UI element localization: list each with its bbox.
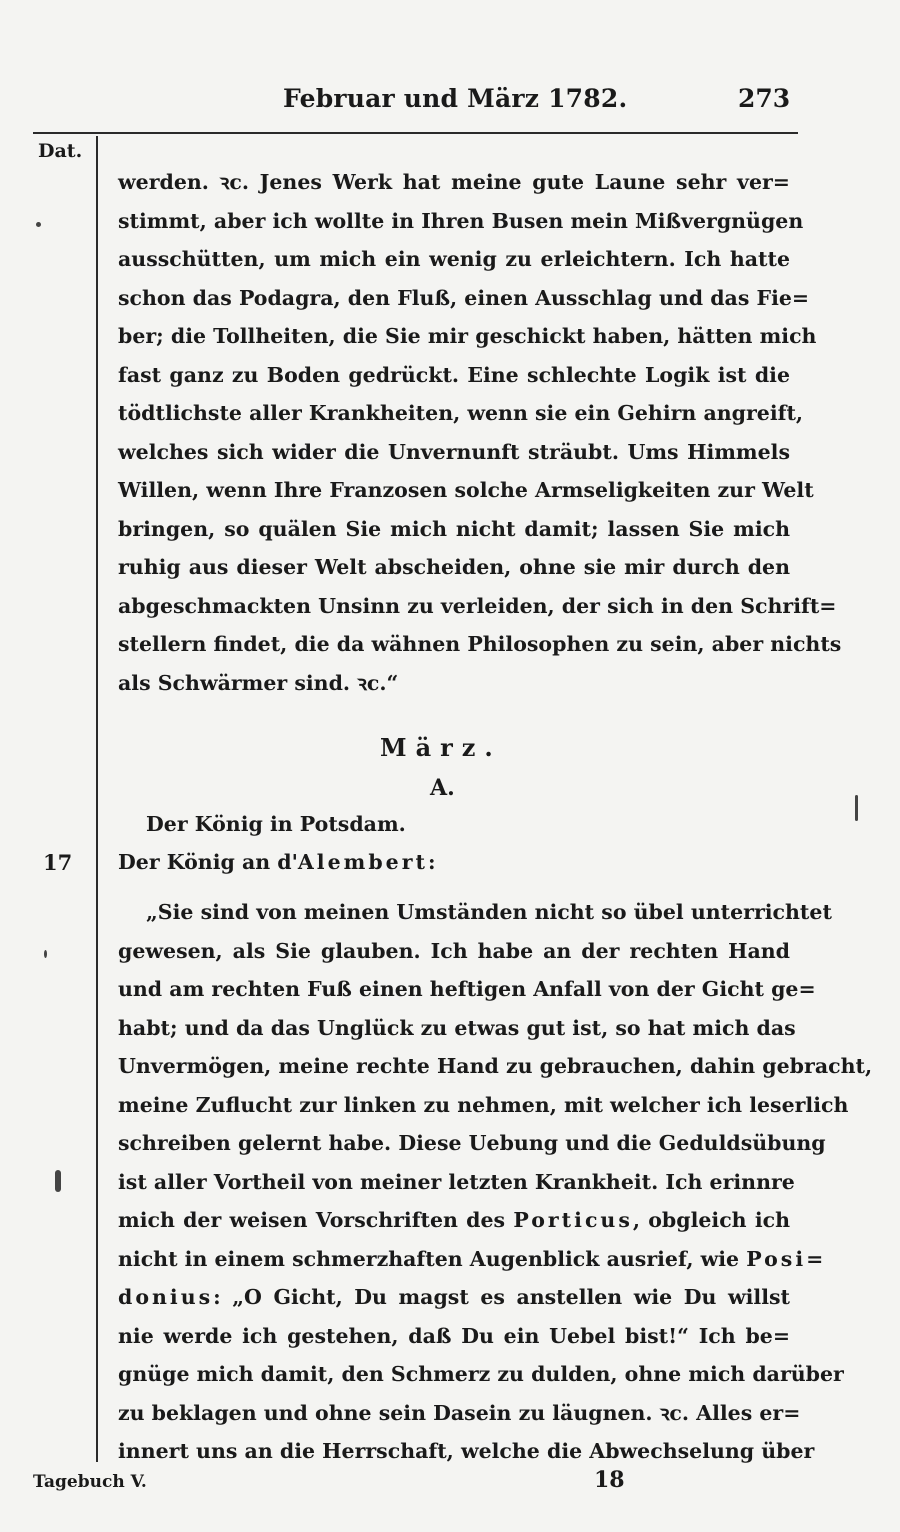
text-line: stimmt, aber ich wollte in Ihren Busen m…	[118, 202, 790, 241]
ink-speck	[36, 222, 41, 227]
text-line: nie werde ich gestehen, daß Du ein Uebel…	[118, 1317, 790, 1356]
text-line: schreiben gelernt habe. Diese Uebung und…	[118, 1124, 790, 1163]
column-divider	[96, 136, 98, 1462]
date-column-label: Dat.	[38, 140, 82, 162]
letter-continuation: werden. ꝛc. Jenes Werk hat meine gute La…	[118, 163, 790, 702]
page-number: 273	[738, 84, 790, 113]
text-line: als Schwärmer sind. ꝛc.“	[118, 664, 790, 703]
name-porticus: Porticus	[513, 1208, 633, 1232]
entry-date: 17	[43, 850, 72, 875]
location-subheading: Der König in Potsdam.	[146, 812, 406, 836]
text-line: „Sie sind von meinen Umständen nicht so …	[118, 893, 790, 932]
text-line: abgeschmackten Unsinn zu verleiden, der …	[118, 587, 790, 626]
header-rule	[33, 132, 798, 134]
text-line: Willen, wenn Ihre Franzosen solche Armse…	[118, 471, 790, 510]
text-line: schon das Podagra, den Fluß, einen Aussc…	[118, 279, 790, 318]
text-line: ist aller Vortheil von meiner letzten Kr…	[118, 1163, 790, 1202]
name-posidonius-part2: donius	[118, 1285, 213, 1309]
entry-title: Der König an d'Alembert:	[118, 850, 439, 874]
ink-speck	[44, 950, 47, 958]
text-line: gewesen, als Sie glauben. Ich habe an de…	[118, 932, 790, 971]
text-line: bringen, so quälen Sie mich nicht damit;…	[118, 510, 790, 549]
letter-body: „Sie sind von meinen Umständen nicht so …	[118, 893, 790, 1471]
text-line: zu beklagen und ohne sein Dasein zu läug…	[118, 1394, 790, 1433]
text-line: ber; die Tollheiten, die Sie mir geschic…	[118, 317, 790, 356]
text-line: donius: „O Gicht, Du magst es anstellen …	[118, 1278, 790, 1317]
month-heading: März.	[380, 733, 502, 762]
text-line: meine Zuflucht zur linken zu nehmen, mit…	[118, 1086, 790, 1125]
text-line: stellern findet, die da wähnen Philosoph…	[118, 625, 790, 664]
text-line: tödtlichste aller Krankheiten, wenn sie …	[118, 394, 790, 433]
name-posidonius-part1: Posi=	[746, 1247, 826, 1271]
ink-speck	[55, 1170, 61, 1192]
book-page: Februar und März 1782. 273 Dat. werden. …	[0, 0, 900, 1532]
text-line: mich der weisen Vorschriften des Porticu…	[118, 1201, 790, 1240]
text-line: ruhig aus dieser Welt abscheiden, ohne s…	[118, 548, 790, 587]
text-line: gnüge mich damit, den Schmerz zu dulden,…	[118, 1355, 790, 1394]
text-line: Unvermögen, meine rechte Hand zu gebrauc…	[118, 1047, 790, 1086]
entry-title-prefix: Der König an d'	[118, 850, 298, 874]
ink-speck	[855, 795, 858, 821]
text-line: innert uns an die Herrschaft, welche die…	[118, 1432, 790, 1471]
text-line: und am rechten Fuß einen heftigen Anfall…	[118, 970, 790, 1009]
text-line: fast ganz zu Boden gedrückt. Eine schlec…	[118, 356, 790, 395]
signature-mark: Tagebuch V.	[33, 1472, 147, 1492]
text-line: welches sich wider die Unvernunft sträub…	[118, 433, 790, 472]
text-line: nicht in einem schmerzhaften Augenblick …	[118, 1240, 790, 1279]
sheet-number: 18	[594, 1467, 625, 1493]
section-letter: A.	[430, 775, 455, 801]
text-line: ausschütten, um mich ein wenig zu erleic…	[118, 240, 790, 279]
running-title: Februar und März 1782.	[283, 84, 627, 113]
text-line: habt; und da das Unglück zu etwas gut is…	[118, 1009, 790, 1048]
entry-title-name: Alembert:	[298, 850, 439, 874]
text-line: werden. ꝛc. Jenes Werk hat meine gute La…	[118, 163, 790, 202]
